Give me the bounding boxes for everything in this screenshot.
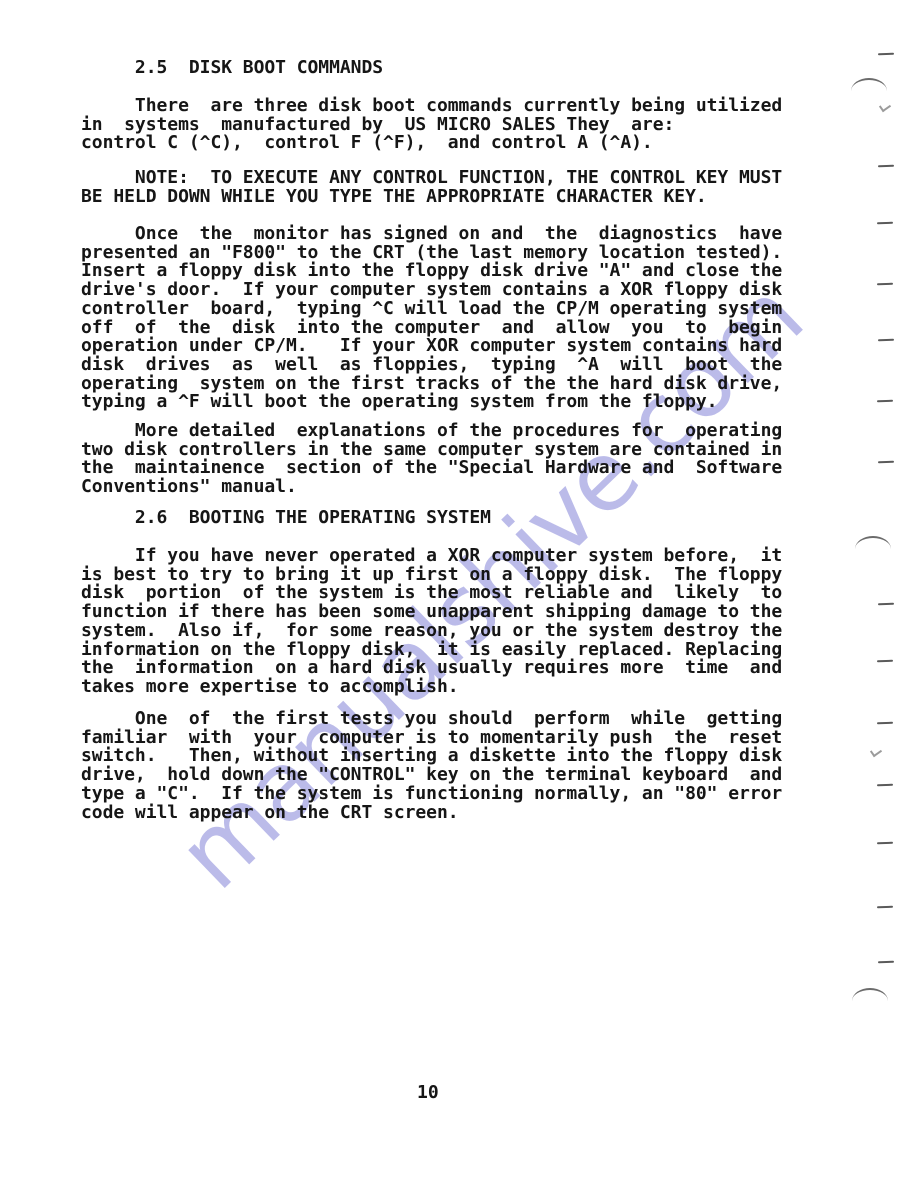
scan-mark-dash: [877, 784, 893, 787]
scan-mark-dash: [878, 165, 894, 168]
scan-mark-dash: [878, 961, 894, 964]
scan-mark-arc: [852, 988, 888, 1001]
scan-mark-dash: [877, 400, 893, 403]
scan-mark-tiny: [879, 101, 891, 112]
scan-mark-dash: [878, 339, 894, 342]
scan-artifacts: [0, 0, 918, 1188]
scan-mark-dash: [878, 53, 894, 56]
scan-mark-dash: [878, 603, 894, 606]
scan-mark-dash: [877, 842, 893, 845]
scan-mark-dash: [877, 906, 893, 909]
scan-mark-dash: [877, 722, 893, 725]
scan-mark-dash: [877, 283, 893, 286]
scan-mark-arc: [851, 78, 887, 91]
scan-mark-tiny: [870, 746, 882, 757]
scan-mark-arc: [855, 536, 891, 549]
scan-mark-dash: [877, 660, 893, 663]
scan-mark-dash: [877, 222, 893, 225]
scan-mark-dash: [878, 461, 894, 464]
scanned-manual-page: manualshive.com 2.5 DISK BOOT COMMANDS T…: [0, 0, 918, 1188]
